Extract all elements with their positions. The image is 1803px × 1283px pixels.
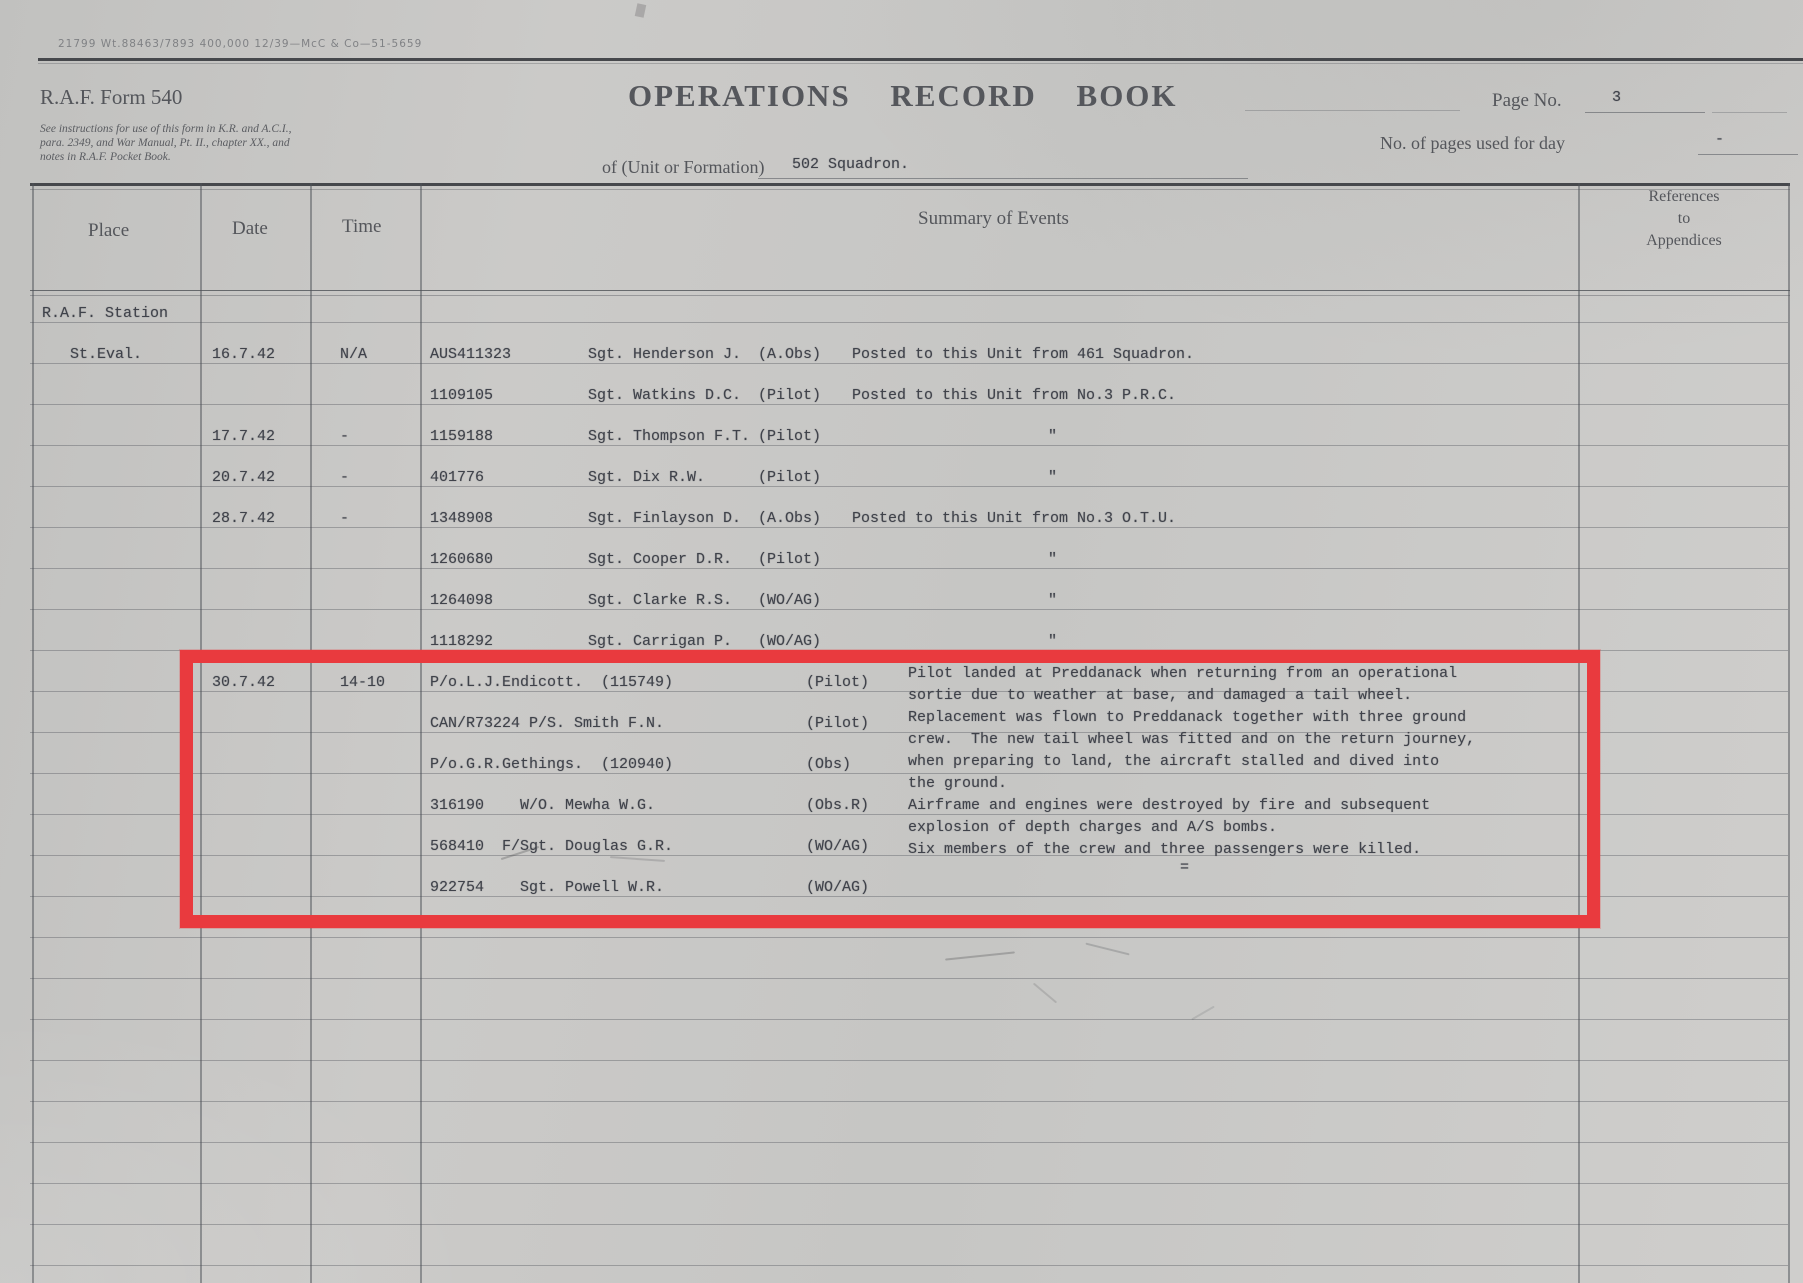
ruled-line	[30, 978, 1788, 979]
crew-member: P/o.G.R.Gethings. (120940)	[430, 755, 673, 775]
crew-role: (WO/AG)	[806, 837, 869, 857]
header-bottom-border-2	[30, 295, 1790, 296]
ruled-line	[30, 1019, 1788, 1020]
table-top-border-inner	[30, 189, 1790, 190]
ditto-mark: "	[1048, 591, 1057, 611]
airman-role: (WO/AG)	[758, 591, 821, 611]
instructions-line: See instructions for use of this form in…	[40, 122, 292, 136]
header-bottom-border	[30, 290, 1790, 291]
airman-name: Sgt. Carrigan P.	[588, 632, 732, 652]
airman-role: (A.Obs)	[758, 345, 821, 365]
crash-summary-line: Six members of the crew and three passen…	[908, 840, 1421, 860]
operations-record-book-scan: 21799 Wt.88463/7893 400,000 12/39—McC & …	[0, 0, 1803, 1283]
crew-member: CAN/R73224 P/S. Smith F.N.	[430, 714, 664, 734]
unit-label: of (Unit or Formation)	[602, 157, 764, 178]
airman-name: Sgt. Cooper D.R.	[588, 550, 732, 570]
table-top-border	[30, 183, 1790, 186]
column-line	[310, 183, 312, 1283]
airman-name: Sgt. Watkins D.C.	[588, 386, 741, 406]
print-code: 21799 Wt.88463/7893 400,000 12/39—McC & …	[58, 38, 422, 50]
entry-date: 16.7.42	[212, 345, 275, 365]
ruled-line	[30, 568, 1788, 569]
station-name-line2: St.Eval.	[70, 345, 142, 365]
crash-summary-line: crew. The new tail wheel was fitted and …	[908, 730, 1475, 750]
airman-role: (Pilot)	[758, 386, 821, 406]
pencil-mark	[1033, 983, 1057, 1004]
entry-time: -	[340, 509, 349, 529]
crew-member: 568410 F/Sgt. Douglas G.R.	[430, 837, 673, 857]
entry-date: 20.7.42	[212, 468, 275, 488]
crew-member: P/o.L.J.Endicott. (115749)	[430, 673, 673, 693]
ink-smudge	[635, 3, 647, 18]
ruled-line	[30, 1183, 1788, 1184]
service-number: 1118292	[430, 632, 493, 652]
airman-name: Sgt. Finlayson D.	[588, 509, 741, 529]
references-header-line: Appendices	[1578, 230, 1790, 252]
crash-summary-line: the ground.	[908, 774, 1007, 794]
crew-role: (Obs)	[806, 755, 851, 775]
pages-used-value: -	[1715, 130, 1724, 150]
service-number: 1260680	[430, 550, 493, 570]
service-number: 1348908	[430, 509, 493, 529]
ruled-line	[30, 1060, 1788, 1061]
ruled-line	[30, 445, 1788, 446]
ditto-mark: =	[1180, 858, 1189, 878]
posting-note: Posted to this Unit from 461 Squadron.	[852, 345, 1194, 365]
column-header-place: Place	[88, 220, 129, 242]
top-rule-shadow	[38, 63, 1803, 64]
ruled-line	[30, 609, 1788, 610]
service-number: 1109105	[430, 386, 493, 406]
page-number-underline	[1585, 112, 1705, 113]
crew-member: 922754 Sgt. Powell W.R.	[430, 878, 664, 898]
page-no-leader-line	[1245, 110, 1460, 111]
references-header-line: References	[1578, 186, 1790, 208]
entry-time: -	[340, 468, 349, 488]
service-number: 1264098	[430, 591, 493, 611]
crash-date: 30.7.42	[212, 673, 275, 693]
ruled-line	[30, 322, 1788, 323]
airman-role: (Pilot)	[758, 427, 821, 447]
instructions-note: See instructions for use of this form in…	[40, 122, 292, 164]
airman-name: Sgt. Henderson J.	[588, 345, 741, 365]
column-header-summary: Summary of Events	[918, 208, 1069, 230]
page-number-label: Page No.	[1492, 90, 1562, 112]
crew-role: (WO/AG)	[806, 878, 869, 898]
service-number: AUS411323	[430, 345, 511, 365]
crash-time: 14-10	[340, 673, 385, 693]
posting-note: Posted to this Unit from No.3 P.R.C.	[852, 386, 1176, 406]
crew-member: 316190 W/O. Mewha W.G.	[430, 796, 655, 816]
entry-date: 28.7.42	[212, 509, 275, 529]
airman-name: Sgt. Thompson F.T.	[588, 427, 750, 447]
pencil-mark	[945, 951, 1015, 960]
ruled-line	[30, 1224, 1788, 1225]
service-number: 1159188	[430, 427, 493, 447]
ruled-line	[30, 486, 1788, 487]
unit-value: 502 Squadron.	[792, 155, 909, 175]
column-header-date: Date	[232, 218, 268, 240]
airman-name: Sgt. Clarke R.S.	[588, 591, 732, 611]
crash-summary-line: Airframe and engines were destroyed by f…	[908, 796, 1430, 816]
crash-summary-line: Pilot landed at Preddanack when returnin…	[908, 664, 1457, 684]
crash-summary-line-struck: Replacement was flown to Preddanack toge…	[908, 708, 1466, 728]
column-header-references: References to Appendices	[1578, 186, 1790, 252]
column-line	[32, 183, 34, 1283]
ditto-mark: "	[1048, 468, 1057, 488]
page-title: OPERATIONS RECORD BOOK	[628, 78, 1178, 114]
ruled-line	[30, 1142, 1788, 1143]
pages-used-underline	[1698, 154, 1798, 155]
crew-role: (Pilot)	[806, 714, 869, 734]
crash-summary-line: explosion of depth charges and A/S bombs…	[908, 818, 1277, 838]
column-line	[200, 183, 202, 1283]
column-header-time: Time	[342, 216, 381, 238]
ruled-line	[30, 1101, 1788, 1102]
instructions-line: notes in R.A.F. Pocket Book.	[40, 150, 292, 164]
instructions-line: para. 2349, and War Manual, Pt. II., cha…	[40, 136, 292, 150]
airman-name: Sgt. Dix R.W.	[588, 468, 705, 488]
airman-role: (Pilot)	[758, 468, 821, 488]
ditto-mark: "	[1048, 427, 1057, 447]
form-label: R.A.F. Form 540	[40, 85, 182, 110]
ruled-line	[30, 937, 1788, 938]
page-number-underline-2	[1712, 112, 1787, 113]
posting-note: Posted to this Unit from No.3 O.T.U.	[852, 509, 1176, 529]
station-name-line1: R.A.F. Station	[42, 304, 168, 324]
unit-underline	[758, 178, 1248, 179]
ruled-line	[30, 650, 1788, 651]
crash-summary-line-struck: when preparing to land, the aircraft sta…	[908, 752, 1439, 772]
airman-role: (A.Obs)	[758, 509, 821, 529]
crew-role: (Pilot)	[806, 673, 869, 693]
column-line	[1788, 183, 1790, 1283]
ruled-line	[30, 1265, 1788, 1266]
references-header-line: to	[1578, 208, 1790, 230]
airman-role: (Pilot)	[758, 550, 821, 570]
column-line	[1578, 183, 1580, 1283]
crew-role: (Obs.R)	[806, 796, 869, 816]
pencil-mark	[1085, 943, 1129, 956]
entry-date: 17.7.42	[212, 427, 275, 447]
ditto-mark: "	[1048, 632, 1057, 652]
pages-used-label: No. of pages used for day	[1380, 133, 1565, 154]
page-number-value: 3	[1612, 88, 1621, 108]
entry-time: -	[340, 427, 349, 447]
top-rule	[38, 58, 1803, 61]
column-line	[420, 183, 422, 1283]
ruled-line	[30, 896, 1788, 897]
crash-summary-line: sortie due to weather at base, and damag…	[908, 686, 1412, 706]
airman-role: (WO/AG)	[758, 632, 821, 652]
service-number: 401776	[430, 468, 484, 488]
entry-time: N/A	[340, 345, 367, 365]
ditto-mark: "	[1048, 550, 1057, 570]
